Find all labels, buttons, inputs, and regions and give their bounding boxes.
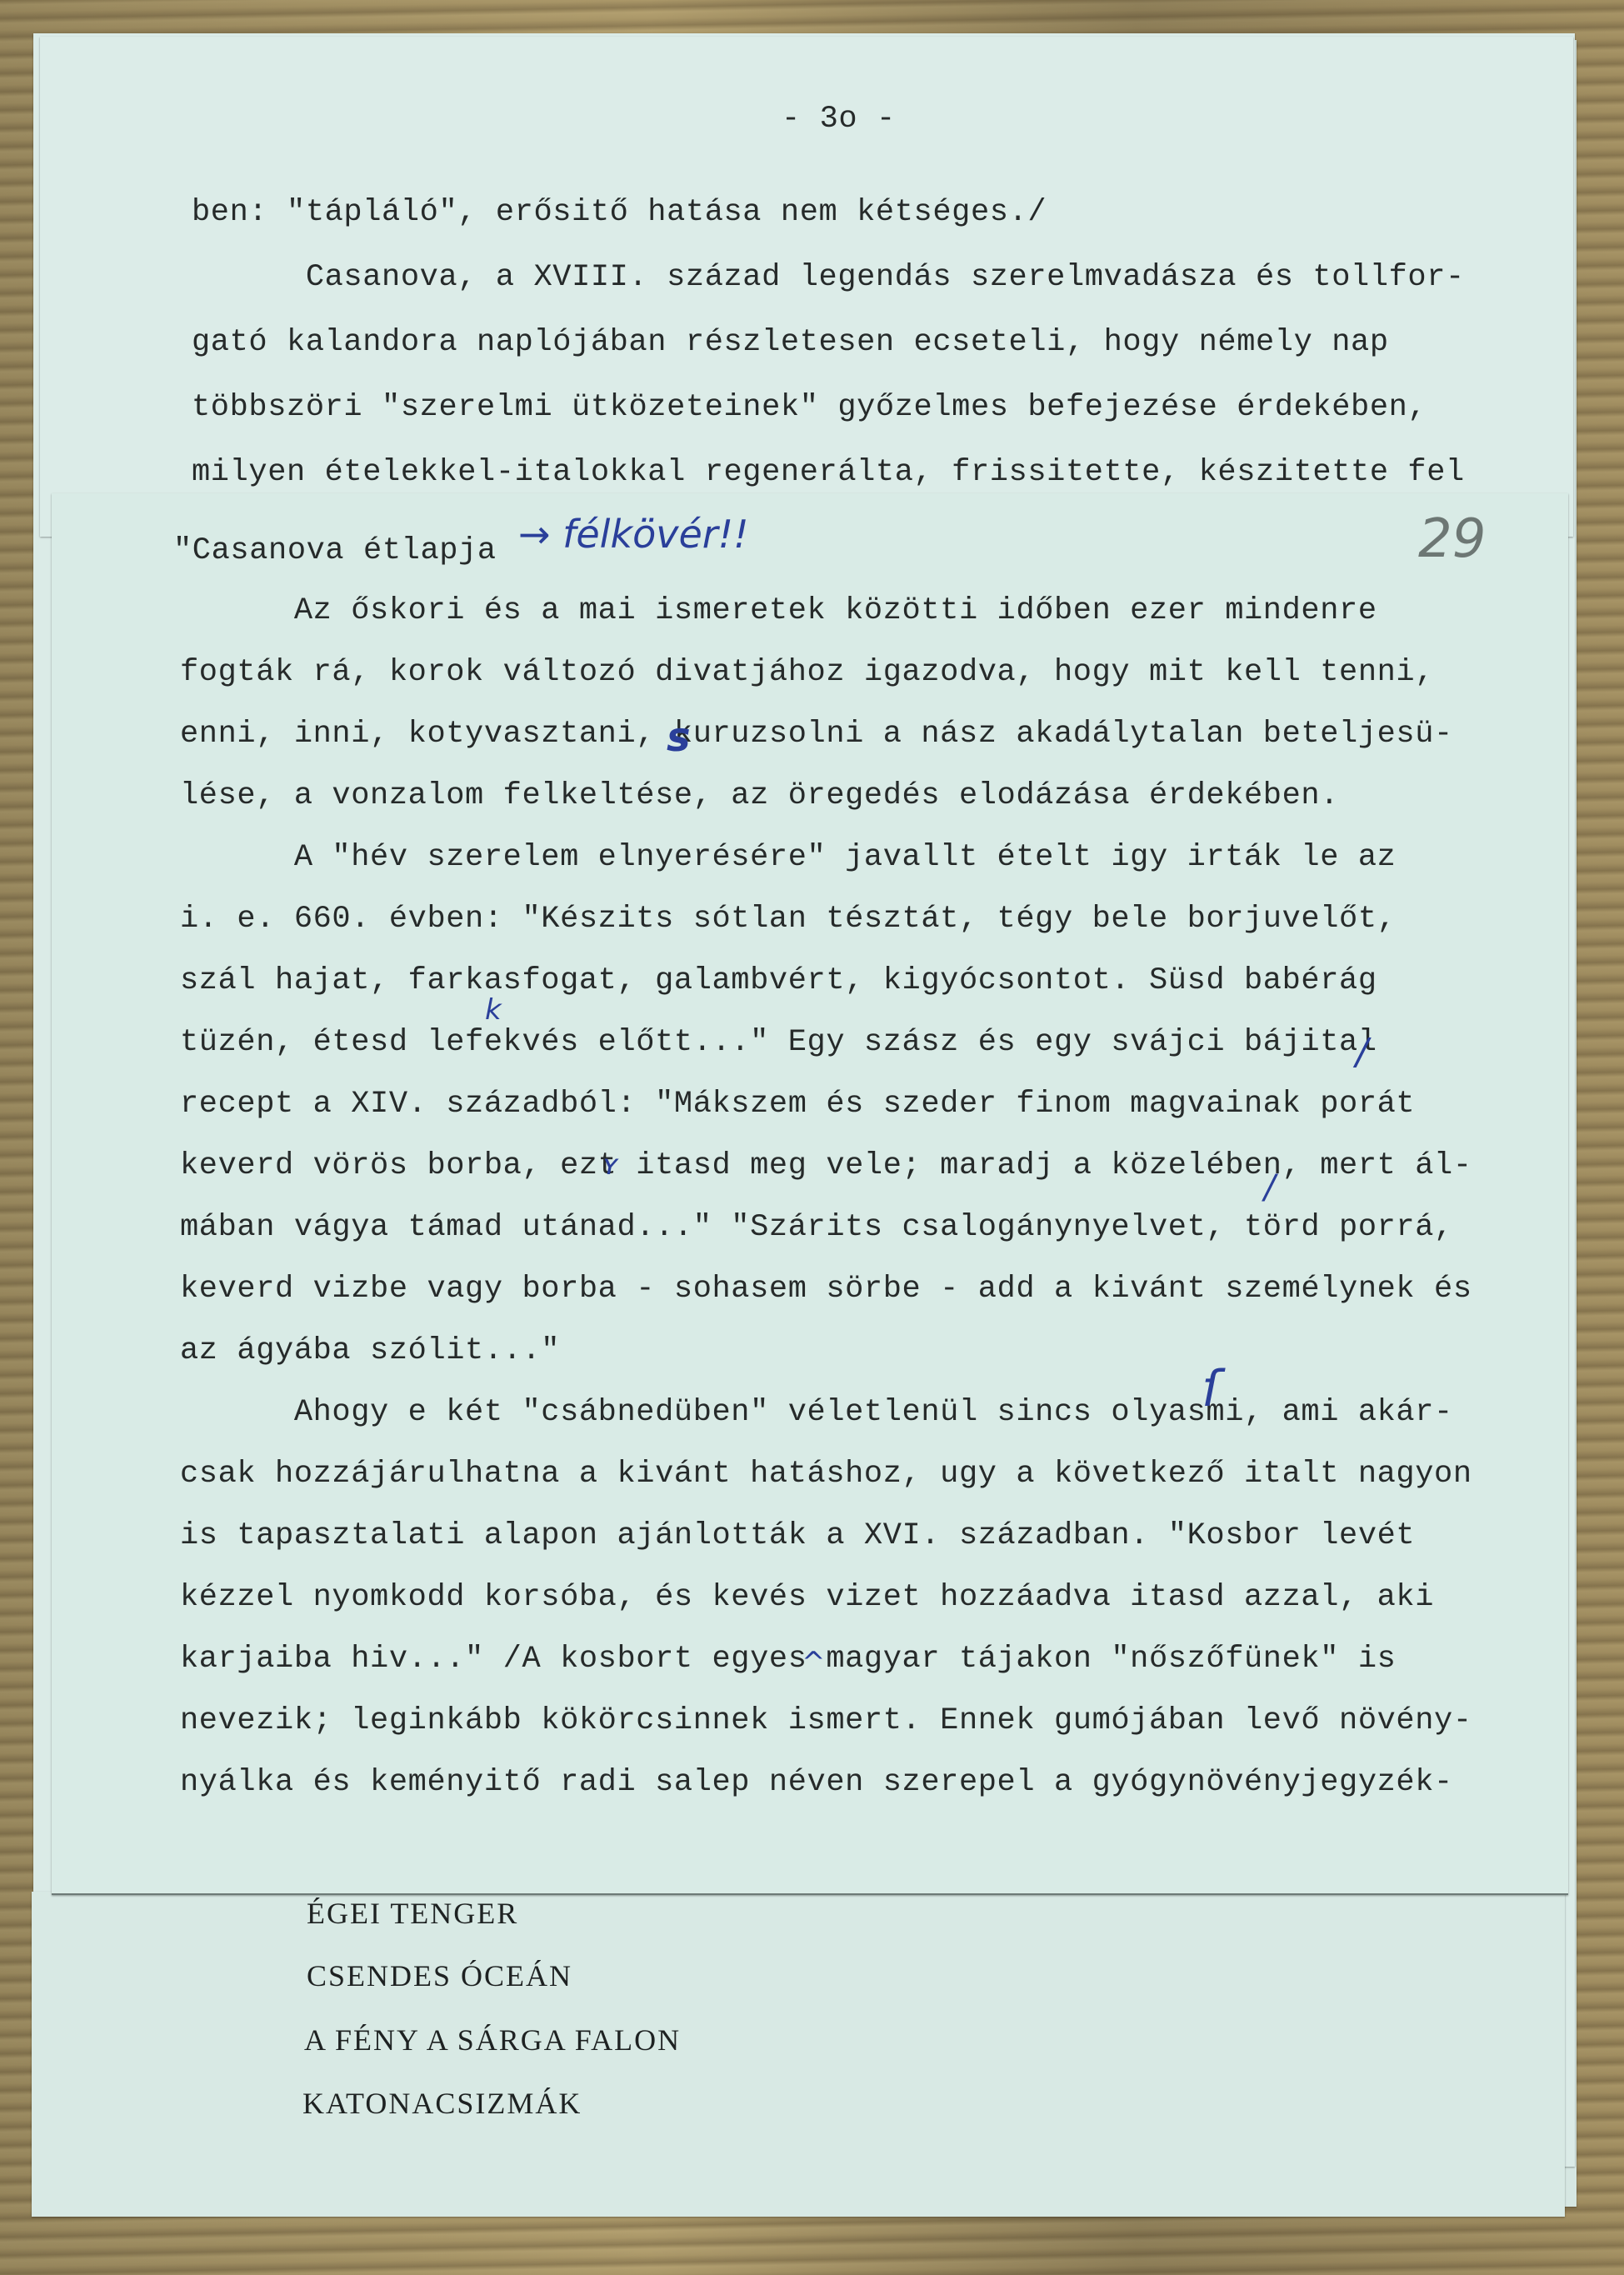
pencil-page-number: 29 bbox=[1418, 508, 1486, 570]
text-line: ben: "tápláló", erősitő hatása nem kétsé… bbox=[192, 195, 1047, 230]
text-line: is tapasztalati alapon ajánlották a XVI.… bbox=[180, 1518, 1415, 1553]
text-line: milyen ételekkel-italokkal regenerálta, … bbox=[192, 455, 1465, 490]
lower-page: ÉGEI TENGER CSENDES ÓCEÁN A FÉNY A SÁRGA… bbox=[32, 1892, 1565, 2217]
text-line: A "hév szerelem elnyerésére" javallt éte… bbox=[180, 840, 1396, 875]
overlay-page: 29 "Casanova étlapja → félkövér!! Az ősk… bbox=[52, 493, 1568, 1895]
title-line: CSENDES ÓCEÁN bbox=[307, 1958, 572, 1993]
text-line: nevezik; leginkább kökörcsinnek ismert. … bbox=[180, 1703, 1472, 1738]
text-line: csak hozzájárulhatna a kivánt hatáshoz, … bbox=[180, 1457, 1472, 1492]
text-line: recept a XIV. századból: "Mákszem és sze… bbox=[180, 1087, 1415, 1122]
correction-mark: / bbox=[1264, 1168, 1275, 1207]
handwritten-annotation: → félkövér!! bbox=[518, 512, 749, 557]
text-line: keverd vörös borba, ezt itasd meg vele; … bbox=[180, 1148, 1472, 1183]
text-line: lése, a vonzalom felkeltése, az öregedés… bbox=[180, 778, 1339, 813]
text-line: Casanova, a XVIII. század legendás szere… bbox=[192, 260, 1465, 295]
text-line: karjaiba hiv..." /A kosbort egyes magyar… bbox=[180, 1642, 1396, 1677]
text-line: gató kalandora naplójában részletesen ec… bbox=[192, 325, 1389, 360]
text-line: mában vágya támad utánad..." "Szárits cs… bbox=[180, 1210, 1453, 1245]
text-line: tüzén, étesd lefekvés előtt..." Egy szás… bbox=[180, 1025, 1377, 1060]
text-line: az ágyába szólit..." bbox=[180, 1333, 560, 1368]
text-line: enni, inni, kotyvasztani, kuruzsolni a n… bbox=[180, 717, 1453, 752]
text-line: kézzel nyomkodd korsóba, és kevés vizet … bbox=[180, 1580, 1434, 1615]
title-line: ÉGEI TENGER bbox=[307, 1896, 518, 1931]
text-line: fogták rá, korok változó divatjához igaz… bbox=[180, 655, 1434, 690]
correction-mark: k bbox=[485, 993, 502, 1027]
page-number: - 3o - bbox=[782, 102, 896, 137]
text-line: keverd vizbe vagy borba - sohasem sörbe … bbox=[180, 1272, 1472, 1307]
text-line: i. e. 660. évben: "Készits sótlan tésztá… bbox=[180, 902, 1396, 937]
text-line: Ahogy e két "csábnedüben" véletlenül sin… bbox=[180, 1395, 1453, 1430]
text-line: szál hajat, farkasfogat, galambvért, kig… bbox=[180, 963, 1377, 998]
correction-mark: / bbox=[1356, 1031, 1368, 1073]
upper-page: - 3o - ben: "tápláló", erősitő hatása ne… bbox=[40, 37, 1573, 537]
correction-mark: ʏ bbox=[602, 1148, 619, 1182]
text-line: többszöri "szerelmi ütközeteinek" győzel… bbox=[192, 390, 1427, 425]
text-line: nyálka és keményitő radi salep néven sze… bbox=[180, 1765, 1453, 1800]
title-line: KATONACSIZMÁK bbox=[302, 2086, 582, 2121]
text-line: Az őskori és a mai ismeretek közötti idő… bbox=[180, 593, 1377, 628]
correction-mark: ꜱ bbox=[667, 714, 691, 761]
correction-mark: ^ bbox=[802, 1646, 826, 1679]
correction-mark: ſ bbox=[1202, 1360, 1219, 1418]
title-line: A FÉNY A SÁRGA FALON bbox=[304, 2022, 681, 2057]
section-heading: "Casanova étlapja bbox=[173, 533, 497, 568]
